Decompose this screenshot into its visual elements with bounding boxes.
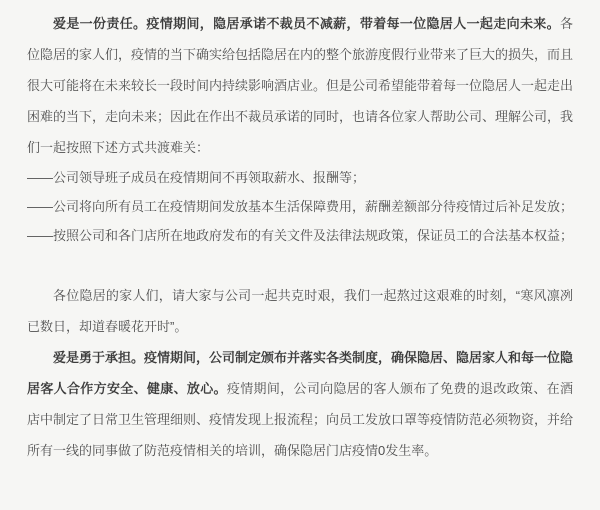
paragraph-responsibility-body: 各位隐居的家人们，疫情的当下确实给包括隐居在内的整个旅游度假行业带来了巨大的损失… (27, 16, 573, 155)
measure-item-basic-living-allowance: ——公司将向所有员工在疫情期间发放基本生活保障费用，薪酬差额部分待疫情过后补足发… (27, 192, 573, 221)
measure-item-legal-rights: ——按照公司和各门店所在地政府发布的有关文件及法律法规政策，保证员工的合法基本权… (27, 221, 573, 250)
paragraph-responsibility-lead-bold: 爱是一份责任。疫情期间，隐居承诺不裁员不减薪，带着每一位隐居人一起走向未来。 (53, 16, 560, 31)
paragraph-encouragement: 各位隐居的家人们，请大家与公司一起共克时艰，我们一起熬过这艰难的时刻，“寒风凛冽… (27, 280, 573, 342)
paragraph-commitment: 爱是勇于承担。疫情期间，公司制定颁布并落实各类制度，确保隐居、隐居家人和每一位隐… (27, 342, 573, 466)
document-page: 爱是一份责任。疫情期间，隐居承诺不裁员不减薪，带着每一位隐居人一起走向未来。各位… (0, 0, 600, 510)
measures-list: ——公司领导班子成员在疫情期间不再领取薪水、报酬等； ——公司将向所有员工在疫情… (27, 163, 573, 250)
paragraph-responsibility: 爱是一份责任。疫情期间，隐居承诺不裁员不减薪，带着每一位隐居人一起走向未来。各位… (27, 8, 573, 163)
measure-item-leadership-pay: ——公司领导班子成员在疫情期间不再领取薪水、报酬等； (27, 163, 573, 192)
